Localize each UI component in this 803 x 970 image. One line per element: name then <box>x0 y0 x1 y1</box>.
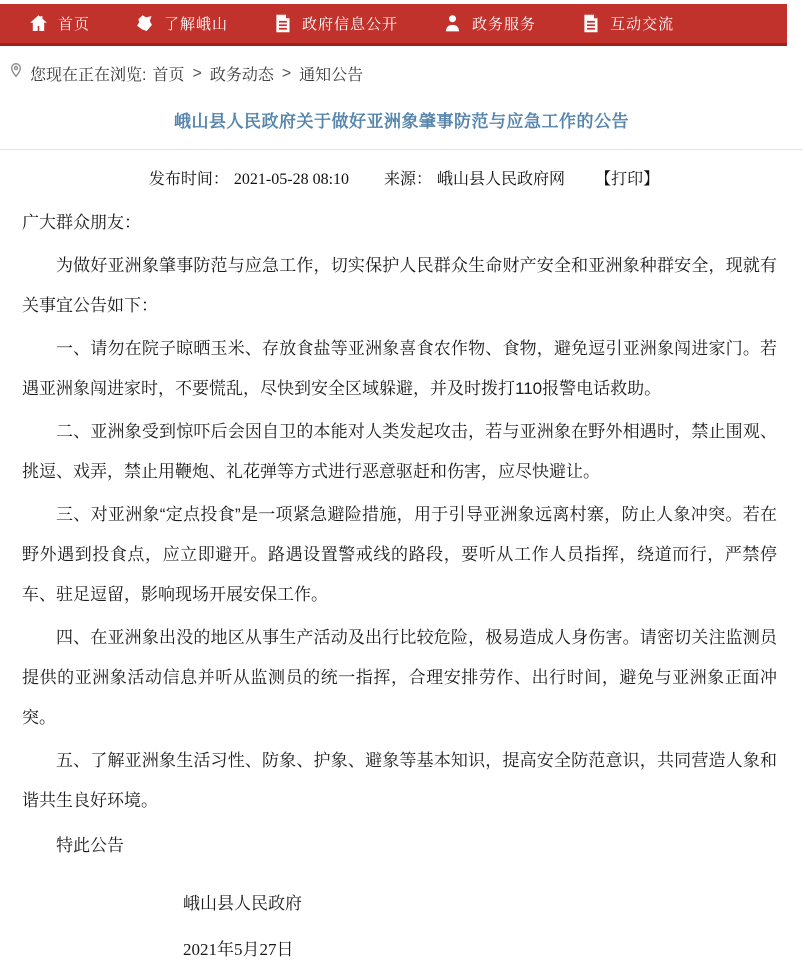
person-icon <box>442 13 463 34</box>
location-pin-icon <box>8 65 24 83</box>
title-divider <box>0 149 803 150</box>
signature-date: 2021年5月27日 <box>183 938 803 962</box>
closing-line: 特此公告 <box>22 826 777 866</box>
home-icon <box>28 13 49 34</box>
map-icon <box>134 13 155 34</box>
signature-block: 峨山县人民政府 2021年5月27日 <box>0 892 803 962</box>
greeting-line: 广大群众朋友： <box>22 203 777 243</box>
paragraph-item-1: 一、请勿在院子晾晒玉米、存放食盐等亚洲象喜食农作物、食物，避免逗引亚洲象闯进家门… <box>22 329 777 409</box>
paragraph-item-5: 五、了解亚洲象生活习性、防象、护象、避象等基本知识，提高安全防范意识，共同营造人… <box>22 741 777 821</box>
page-title: 峨山县人民政府关于做好亚洲象肇事防范与应急工作的公告 <box>0 107 803 132</box>
breadcrumb-prefix: 您现在正在浏览: <box>30 62 146 85</box>
nav-item-services[interactable]: 政务服务 <box>442 13 536 34</box>
nav-item-interaction[interactable]: 互动交流 <box>580 13 674 34</box>
breadcrumb-notices[interactable]: 通知公告 <box>299 62 363 85</box>
nav-item-label: 了解峨山 <box>164 13 228 34</box>
breadcrumb-separator: > <box>282 65 291 83</box>
nav-item-about[interactable]: 了解峨山 <box>134 13 228 34</box>
paragraph-intro: 为做好亚洲象肇事防范与应急工作，切实保护人民群众生命财产安全和亚洲象种群安全，现… <box>22 246 777 326</box>
source-label: 来源： <box>384 171 432 188</box>
publish-time-label: 发布时间： <box>149 171 229 188</box>
nav-item-label: 互动交流 <box>610 13 674 34</box>
article-body: 广大群众朋友： 为做好亚洲象肇事防范与应急工作，切实保护人民群众生命财产安全和亚… <box>0 189 803 866</box>
breadcrumb-home[interactable]: 首页 <box>152 62 184 85</box>
source-value: 峨山县人民政府网 <box>437 171 565 188</box>
nav-item-label: 政务服务 <box>472 13 536 34</box>
publish-time-value: 2021-05-28 08:10 <box>234 171 349 188</box>
breadcrumb-news[interactable]: 政务动态 <box>210 62 274 85</box>
paragraph-item-3: 三、对亚洲象“定点投食”是一项紧急避险措施，用于引导亚洲象远离村寨，防止人象冲突… <box>22 495 777 615</box>
nav-item-label: 政府信息公开 <box>302 13 398 34</box>
document-icon <box>580 13 601 34</box>
breadcrumb: 您现在正在浏览: 首页 > 政务动态 > 通知公告 <box>0 46 803 85</box>
print-button[interactable]: 【打印】 <box>595 171 659 188</box>
nav-item-home[interactable]: 首页 <box>28 13 90 34</box>
top-navbar: 首页 了解峨山 政府信息公开 政务服务 互动交流 <box>0 4 787 46</box>
paragraph-item-2: 二、亚洲象受到惊吓后会因自卫的本能对人类发起攻击，若与亚洲象在野外相遇时，禁止围… <box>22 412 777 492</box>
breadcrumb-separator: > <box>192 65 201 83</box>
document-icon <box>272 13 293 34</box>
paragraph-item-4: 四、在亚洲象出没的地区从事生产活动及出行比较危险，极易造成人身伤害。请密切关注监… <box>22 618 777 738</box>
signature-issuer: 峨山县人民政府 <box>183 892 803 916</box>
article-meta: 发布时间：2021-05-28 08:10 来源：峨山县人民政府网 【打印】 <box>0 166 803 189</box>
nav-item-label: 首页 <box>58 13 90 34</box>
nav-item-info-disclosure[interactable]: 政府信息公开 <box>272 13 398 34</box>
